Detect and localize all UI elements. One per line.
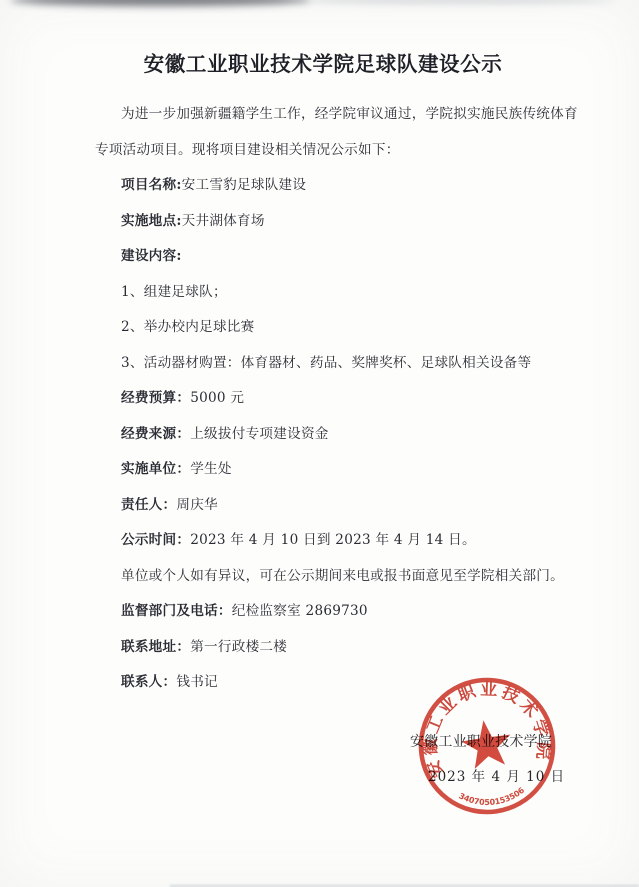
list-item: 1、组建足球队；	[121, 284, 227, 300]
list-item: 2、举办校内足球比赛	[121, 319, 255, 335]
field-value: 学生处	[190, 461, 232, 477]
field-value: 钱书记	[176, 674, 218, 690]
field-label: 责任人：	[121, 497, 176, 513]
doc-line-responsible: 责任人：周庆华	[95, 496, 575, 514]
note-text: 单位或个人如有异议，可在公示期间来电或报书面意见至学院相关部门。	[121, 568, 564, 584]
page-title: 安徽工业职业技术学院足球队建设公示	[95, 49, 551, 79]
field-label: 实施单位：	[121, 461, 190, 477]
field-value: 周庆华	[176, 497, 218, 513]
list-item: 3、活动器材购置：体育器材、药品、奖牌奖杯、足球队相关设备等	[121, 355, 531, 371]
star-icon	[459, 717, 514, 770]
doc-line-implement-unit: 实施单位：学生处	[95, 460, 575, 478]
doc-line-fund-source: 经费来源：上级拔付专项建设资金	[95, 425, 575, 443]
doc-line-contact-address: 联系地址：第一行政楼二楼	[95, 638, 575, 656]
doc-line-objection-note: 单位或个人如有异议，可在公示期间来电或报书面意见至学院相关部门。	[95, 567, 575, 585]
doc-line-item-1: 1、组建足球队；	[95, 283, 575, 301]
doc-line-item-2: 2、举办校内足球比赛	[95, 318, 575, 336]
doc-line-location: 实施地点:天井湖体育场	[95, 212, 575, 230]
doc-line-budget: 经费预算：5000 元	[95, 389, 575, 407]
field-label: 联系地址：	[121, 639, 190, 655]
field-label: 经费来源：	[121, 426, 190, 442]
field-value: 天井湖体育场	[182, 213, 265, 229]
field-label: 公示时间：	[121, 532, 190, 548]
field-value: 纪检监察室 2869730	[232, 603, 368, 619]
field-label: 经费预算：	[121, 390, 190, 406]
intro-line-1: 为进一步加强新疆籍学生工作，经学院审议通过，学院拟实施民族传统体育	[95, 105, 575, 123]
field-label: 联系人：	[121, 674, 176, 690]
field-label: 监督部门及电话：	[121, 603, 232, 619]
doc-line-supervision: 监督部门及电话：纪检监察室 2869730	[95, 602, 575, 620]
official-stamp: 安徽工业职业技术学院 3407050153506	[391, 650, 583, 842]
field-value: 5000 元	[190, 390, 244, 406]
field-label: 实施地点:	[121, 213, 182, 229]
doc-line-project-name: 项目名称:安工雪豹足球队建设	[95, 176, 575, 194]
field-label: 建设内容:	[121, 248, 182, 264]
field-value: 安工雪豹足球队建设	[182, 177, 307, 193]
doc-line-item-3: 3、活动器材购置：体育器材、药品、奖牌奖杯、足球队相关设备等	[95, 354, 575, 372]
field-value: 上级拔付专项建设资金	[190, 426, 328, 442]
stamp-graphic: 安徽工业职业技术学院 3407050153506	[391, 650, 583, 842]
document-body: 安徽工业职业技术学院足球队建设公示 为进一步加强新疆籍学生工作，经学院审议通过，…	[95, 0, 575, 709]
doc-line-content-header: 建设内容:	[95, 247, 575, 265]
intro-line-2: 专项活动项目。现将项目建设相关情况公示如下：	[95, 141, 575, 159]
doc-line-publicity-period: 公示时间：2023 年 4 月 10 日到 2023 年 4 月 14 日。	[95, 531, 575, 549]
document-page: 安徽工业职业技术学院足球队建设公示 为进一步加强新疆籍学生工作，经学院审议通过，…	[0, 0, 639, 887]
field-label: 项目名称:	[121, 177, 182, 193]
field-value: 第一行政楼二楼	[190, 639, 287, 655]
field-value: 2023 年 4 月 10 日到 2023 年 4 月 14 日。	[190, 532, 476, 548]
